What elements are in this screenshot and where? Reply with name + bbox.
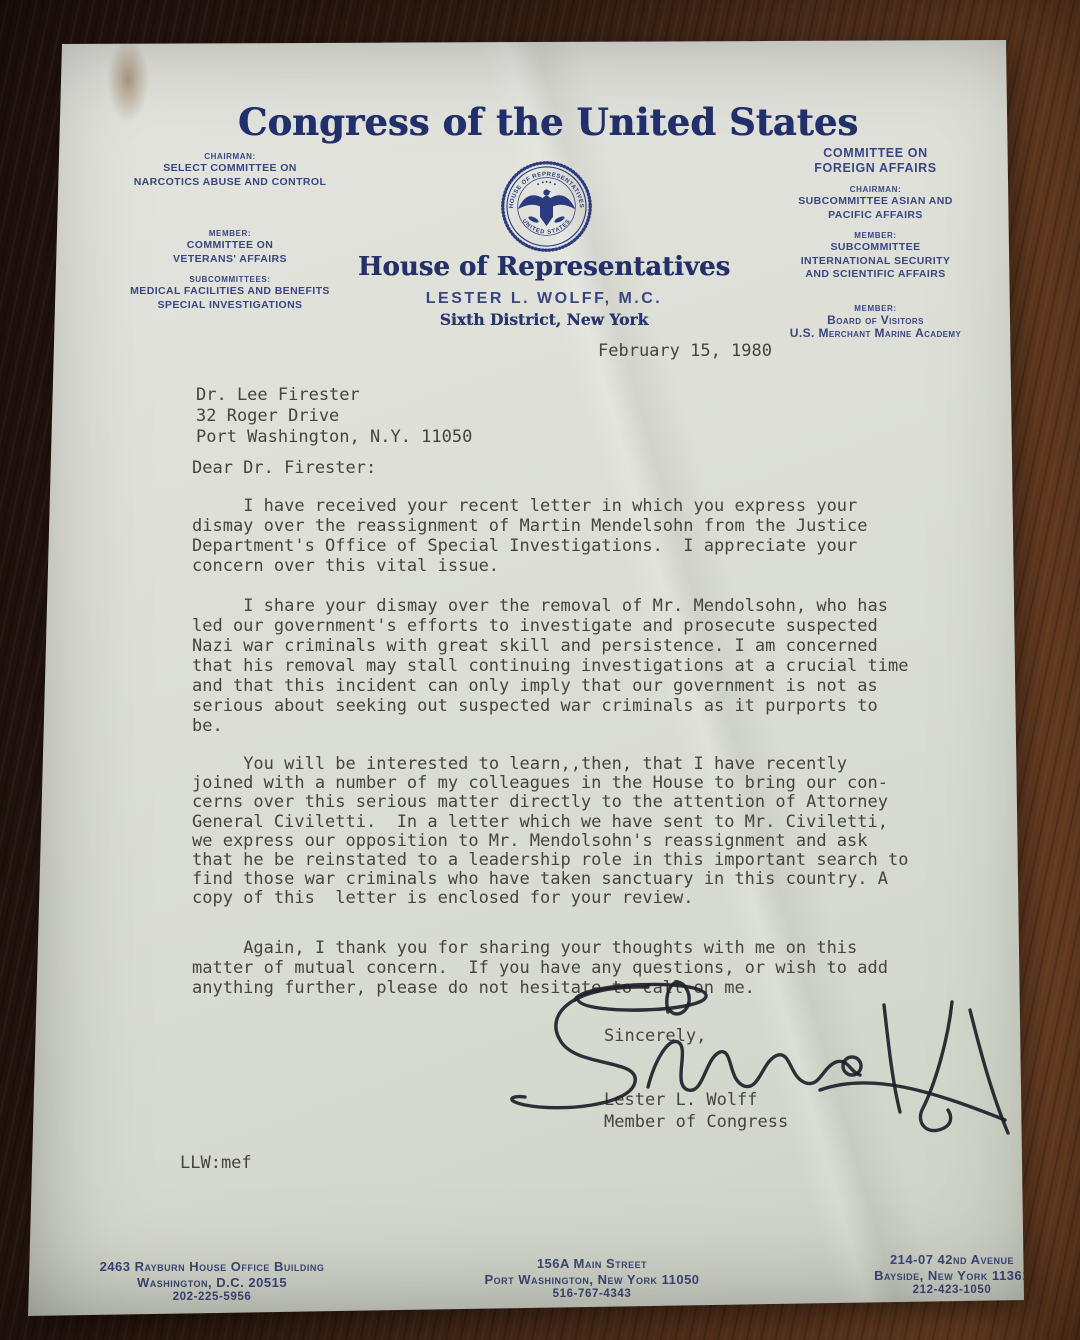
address-line: 156A Main Street bbox=[432, 1256, 752, 1272]
committee-line: FOREIGN AFFAIRS bbox=[728, 161, 1023, 176]
address-line: 2463 Rayburn House Office Building bbox=[52, 1259, 372, 1275]
paragraph-2: I share your dismay over the removal of … bbox=[192, 596, 954, 736]
photo-of-letter-on-wood-table: Congress of the United States CHAIRMAN: … bbox=[0, 0, 1080, 1340]
paragraph-1: I have received your recent letter in wh… bbox=[192, 496, 954, 576]
district-line: Sixth District, New York bbox=[80, 310, 1008, 329]
footer-washington-office: 2463 Rayburn House Office Building Washi… bbox=[52, 1259, 372, 1306]
house-of-representatives-title: House of Representatives bbox=[80, 252, 1008, 282]
letter-date: February 15, 1980 bbox=[598, 341, 772, 361]
salutation: Dear Dr. Firester: bbox=[192, 458, 376, 478]
paragraph-3: You will be interested to learn,,then, t… bbox=[192, 755, 954, 909]
address-line: Washington, D.C. 20515 bbox=[52, 1275, 372, 1291]
left-committee-block: CHAIRMAN: SELECT COMMITTEE ON NARCOTICS … bbox=[55, 152, 405, 312]
letter-paper: Congress of the United States CHAIRMAN: … bbox=[0, 0, 1080, 1340]
member-name: LESTER L. WOLFF, M.C. bbox=[80, 290, 1008, 308]
footer-bayside-office: 214-07 42nd Avenue Bayside, New York 113… bbox=[792, 1252, 1080, 1299]
committee-line: COMMITTEE ON bbox=[55, 239, 405, 253]
phone-number: 202-225-5956 bbox=[52, 1290, 372, 1306]
typist-initials: LLW:mef bbox=[180, 1153, 252, 1173]
member-label: MEMBER: bbox=[728, 231, 1023, 241]
committee-line: U.S. Merchant Marine Academy bbox=[728, 327, 1023, 341]
handwritten-signature bbox=[500, 955, 1040, 1155]
committee-line: NARCOTICS ABUSE AND CONTROL bbox=[55, 176, 405, 190]
address-line: 214-07 42nd Avenue bbox=[792, 1252, 1080, 1268]
address-line: Bayside, New York 11361 bbox=[792, 1268, 1080, 1284]
footer-port-washington-office: 156A Main Street Port Washington, New Yo… bbox=[432, 1256, 752, 1303]
chairman-label: CHAIRMAN: bbox=[55, 152, 405, 162]
house-of-representatives-seal-icon: HOUSE OF REPRESENTATIVES UNITED STATES bbox=[500, 160, 593, 253]
phone-number: 212-423-1050 bbox=[792, 1283, 1080, 1299]
recipient-address: Dr. Lee Firester 32 Roger Drive Port Was… bbox=[196, 385, 472, 448]
committee-line: SUBCOMMITTEE ASIAN AND bbox=[728, 195, 1023, 209]
member-label: MEMBER: bbox=[55, 229, 405, 239]
page-title: Congress of the United States bbox=[80, 100, 1016, 144]
phone-number: 516-767-4343 bbox=[432, 1287, 752, 1303]
eagle-emblem bbox=[518, 181, 576, 226]
address-line: Port Washington, New York 11050 bbox=[432, 1272, 752, 1288]
committee-line: SELECT COMMITTEE ON bbox=[55, 162, 405, 176]
committee-line: PACIFIC AFFAIRS bbox=[728, 209, 1023, 223]
chairman-label: CHAIRMAN: bbox=[728, 185, 1023, 195]
committee-line: COMMITTEE ON bbox=[728, 146, 1023, 161]
paper-shadow-wrap: Congress of the United States CHAIRMAN: … bbox=[0, 0, 1080, 1340]
